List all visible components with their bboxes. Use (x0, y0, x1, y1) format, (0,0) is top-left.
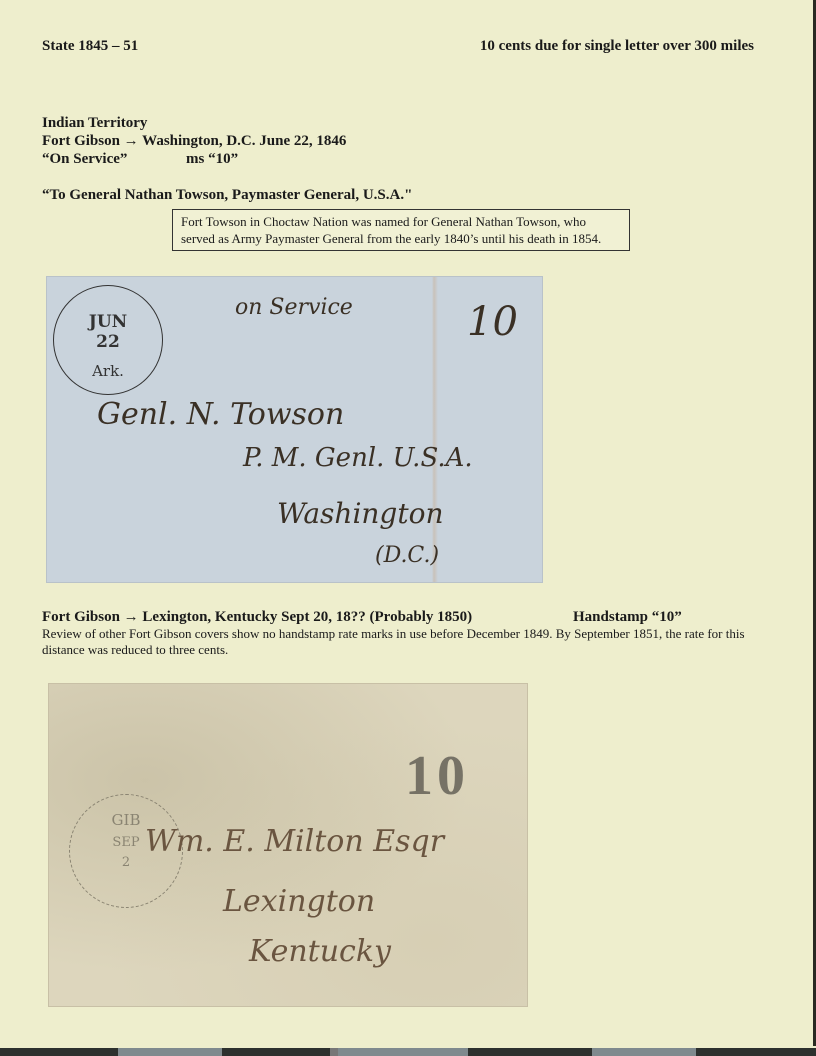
cover-image-towson: JUN 22 Ark. on Service 10 Genl. N. Towso… (47, 277, 542, 582)
era-heading: State 1845 – 51 (42, 38, 138, 55)
cover1-address-caption: “To General Nathan Towson, Paymaster Gen… (42, 186, 412, 204)
fort-gibson-postmark: JUN 22 Ark. (53, 285, 163, 395)
cover2-handstamp-label: Handstamp “10” (573, 608, 682, 626)
address-line-4: (D.C.) (375, 543, 439, 568)
scanner-bottom-band (0, 1048, 816, 1056)
cover1-route: Fort Gibson → Washington, D.C. June 22, … (42, 132, 346, 150)
cover-image-milton: GIB SEP 2 10 Wm. E. Milton Esqr Lexingto… (49, 684, 527, 1006)
towson-note-box: Fort Towson in Choctaw Nation was named … (172, 209, 630, 251)
on-service-manuscript: on Service (235, 295, 353, 320)
cover1-rate-label: ms “10” (186, 150, 238, 168)
address-line-1: Genl. N. Towson (97, 397, 344, 432)
cover2-description: Review of other Fort Gibson covers show … (42, 626, 772, 658)
address-line-2: P. M. Genl. U.S.A. (243, 443, 473, 473)
cover2-route: Fort Gibson → Lexington, Kentucky Sept 2… (42, 608, 472, 626)
region-title: Indian Territory (42, 114, 147, 132)
address-line-3: Washington (277, 497, 444, 530)
handstamp-rate-10: 10 (405, 744, 469, 808)
address-line-1: Wm. E. Milton Esqr (145, 824, 444, 859)
manuscript-rate-10: 10 (467, 299, 518, 345)
address-line-2: Lexington (223, 884, 375, 919)
address-line-3: Kentucky (249, 934, 391, 969)
cover1-service-label: “On Service” (42, 150, 127, 168)
rate-heading: 10 cents due for single letter over 300 … (480, 38, 754, 55)
